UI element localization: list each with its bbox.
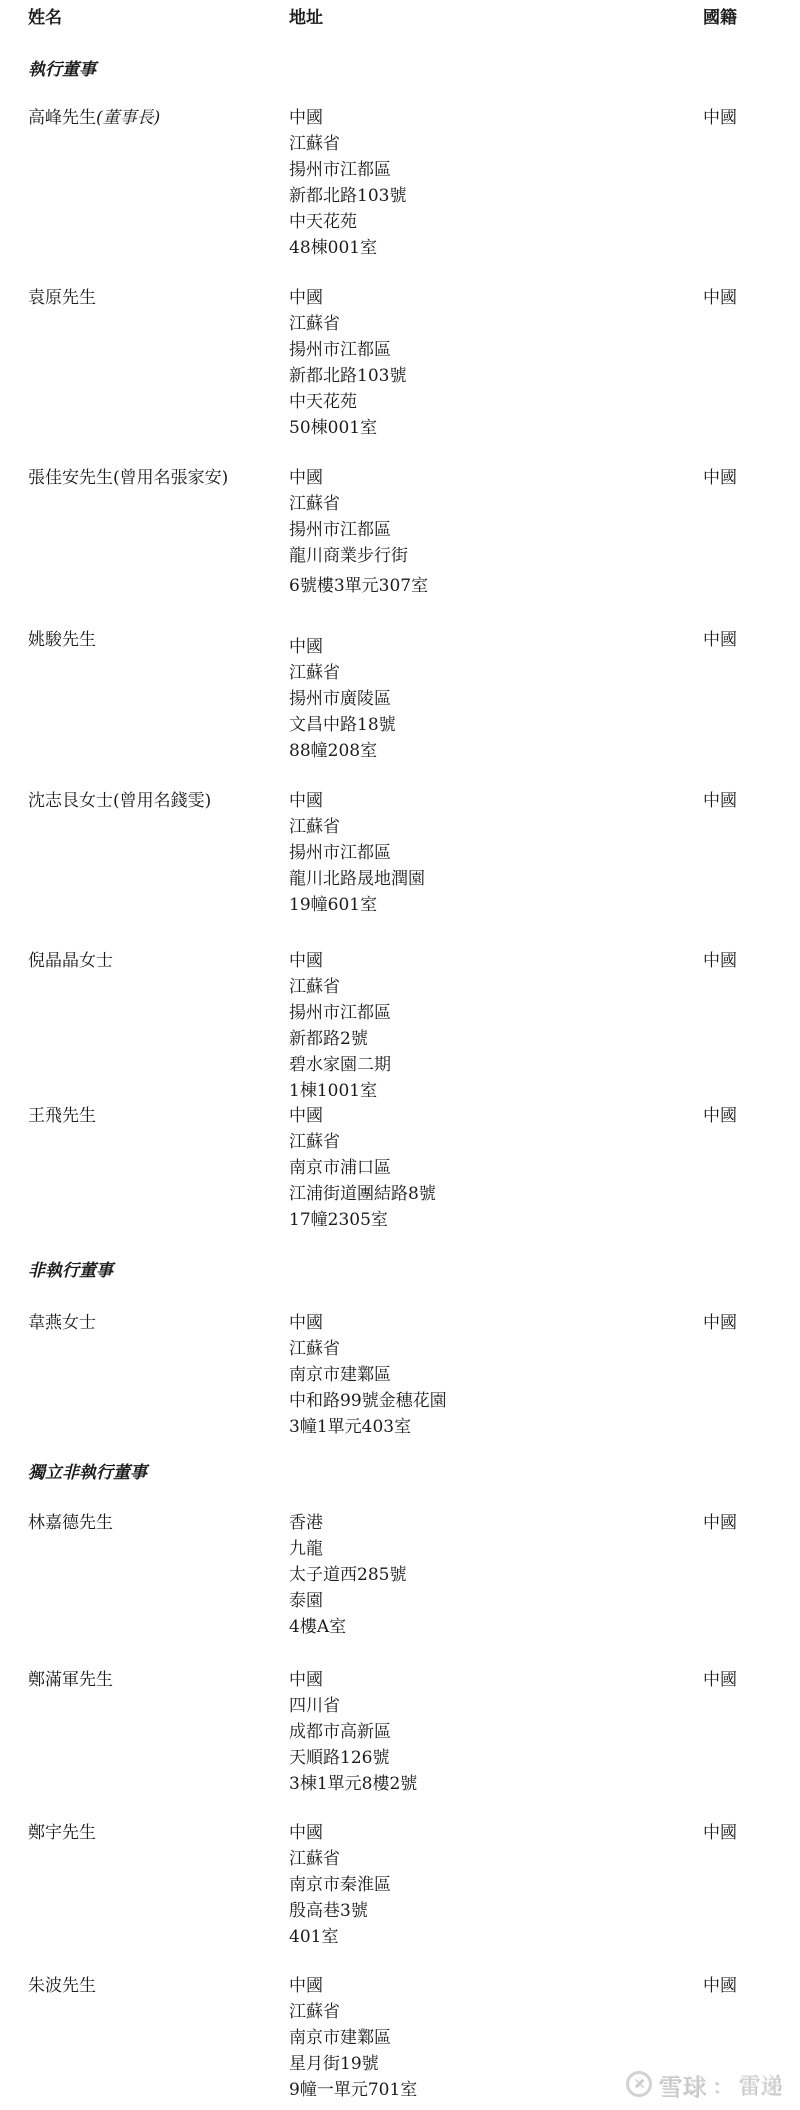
section-title-non-executive-directors: 非執行董事 [28, 1258, 113, 1284]
address-line: 碧水家園二期 [289, 1052, 391, 1078]
address-line: 南京市建鄴區 [289, 1362, 447, 1388]
watermark-brand: 雪球 [658, 2067, 706, 2102]
director-nationality: 中國 [703, 1667, 737, 1693]
director-role: (董事長) [96, 108, 160, 128]
address-line: 88幢208室 [289, 738, 396, 764]
address-line: 中國 [289, 1310, 447, 1336]
address-line: 48棟001室 [289, 235, 406, 261]
address-line: 揚州市江都區 [289, 337, 406, 363]
address-line: 江蘇省 [289, 1846, 391, 1872]
address-line: 江蘇省 [289, 1336, 447, 1362]
address-line: 泰園 [289, 1588, 406, 1614]
address-line: 19幢601室 [289, 892, 425, 918]
director-address: 中國 江蘇省 南京市浦口區 江浦街道團結路8號 17幢2305室 [289, 1103, 436, 1233]
address-line: 中國 [289, 1103, 436, 1129]
address-line: 龍川商業步行街 [289, 543, 428, 569]
address-line: 17幢2305室 [289, 1207, 436, 1233]
address-line: 龍川北路晟地潤園 [289, 866, 425, 892]
address-line: 9幢一單元701室 [289, 2077, 417, 2103]
address-line: 南京市浦口區 [289, 1155, 436, 1181]
address-line: 中國 [289, 465, 428, 491]
address-line: 4樓A室 [289, 1614, 406, 1640]
address-line: 四川省 [289, 1693, 417, 1719]
director-address: 中國 江蘇省 揚州市江都區 龍川北路晟地潤園 19幢601室 [289, 788, 425, 918]
address-line: 江蘇省 [289, 814, 425, 840]
column-header-name: 姓名 [28, 5, 62, 31]
address-line: 中天花苑 [289, 389, 406, 415]
address-line: 中國 [289, 1973, 417, 1999]
director-name: 鄭宇先生 [28, 1820, 96, 1846]
director-nationality: 中國 [703, 948, 737, 974]
director-nationality: 中國 [703, 1310, 737, 1336]
watermark-separator: ： [712, 2070, 732, 2099]
director-nationality: 中國 [703, 627, 737, 653]
address-line: 文昌中路18號 [289, 712, 396, 738]
address-line: 揚州市江都區 [289, 157, 406, 183]
address-line: 江蘇省 [289, 131, 406, 157]
director-name: 朱波先生 [28, 1973, 96, 1999]
director-nationality: 中國 [703, 1820, 737, 1846]
address-line: 中國 [289, 634, 396, 660]
director-address: 中國 江蘇省 南京市建鄴區 星月街19號 9幢一單元701室 [289, 1973, 417, 2103]
director-name: 韋燕女士 [28, 1310, 96, 1336]
address-line: 江蘇省 [289, 660, 396, 686]
director-name: 鄭滿軍先生 [28, 1667, 113, 1693]
director-nationality: 中國 [703, 788, 737, 814]
address-line: 新都北路103號 [289, 183, 406, 209]
address-line: 揚州市江都區 [289, 517, 428, 543]
address-line: 中天花苑 [289, 209, 406, 235]
director-address: 中國 江蘇省 揚州市江都區 新都北路103號 中天花苑 50棟001室 [289, 285, 406, 441]
director-name: 王飛先生 [28, 1103, 96, 1129]
director-address: 中國 江蘇省 揚州市江都區 新都北路103號 中天花苑 48棟001室 [289, 105, 406, 261]
director-nationality: 中國 [703, 285, 737, 311]
address-line: 殷高巷3號 [289, 1898, 391, 1924]
address-line: 江浦街道團結路8號 [289, 1181, 436, 1207]
director-name: 張佳安先生(曾用名張家安) [28, 465, 228, 491]
director-name: 姚駿先生 [28, 627, 96, 653]
column-header-nationality: 國籍 [703, 5, 737, 31]
address-line: 中和路99號金穗花園 [289, 1388, 447, 1414]
director-name: 林嘉德先生 [28, 1510, 113, 1536]
director-name-text: 高峰先生 [28, 108, 96, 128]
address-line: 中國 [289, 1667, 417, 1693]
address-line: 中國 [289, 788, 425, 814]
watermark-author: 雷递 [738, 2069, 782, 2100]
director-address: 中國 江蘇省 揚州市江都區 龍川商業步行街 6號樓3單元307室 [289, 465, 428, 599]
director-address: 中國 江蘇省 揚州市廣陵區 文昌中路18號 88幢208室 [289, 634, 396, 764]
director-address: 中國 江蘇省 南京市秦淮區 殷高巷3號 401室 [289, 1820, 391, 1950]
director-nationality: 中國 [703, 105, 737, 131]
address-line: 中國 [289, 105, 406, 131]
address-line: 揚州市江都區 [289, 840, 425, 866]
address-line: 新都北路103號 [289, 363, 406, 389]
address-line: 50棟001室 [289, 415, 406, 441]
address-line: 江蘇省 [289, 1129, 436, 1155]
address-line: 中國 [289, 948, 391, 974]
address-line: 江蘇省 [289, 311, 406, 337]
director-name: 袁原先生 [28, 285, 96, 311]
address-line: 6號樓3單元307室 [289, 573, 428, 599]
director-name: 高峰先生(董事長) [28, 105, 160, 131]
address-line: 江蘇省 [289, 491, 428, 517]
address-line: 3幢1單元403室 [289, 1414, 447, 1440]
address-line: 江蘇省 [289, 1999, 417, 2025]
director-nationality: 中國 [703, 1510, 737, 1536]
address-line: 新都路2號 [289, 1026, 391, 1052]
address-line: 3棟1單元8樓2號 [289, 1771, 417, 1797]
address-line: 成都市高新區 [289, 1719, 417, 1745]
address-line: 揚州市廣陵區 [289, 686, 396, 712]
address-line: 401室 [289, 1924, 391, 1950]
director-nationality: 中國 [703, 465, 737, 491]
address-line: 太子道西285號 [289, 1562, 406, 1588]
director-name: 沈志艮女士(曾用名錢雯) [28, 788, 211, 814]
section-title-independent-non-executive-directors: 獨立非執行董事 [28, 1460, 147, 1486]
address-line: 中國 [289, 1820, 391, 1846]
address-line: 南京市建鄴區 [289, 2025, 417, 2051]
director-nationality: 中國 [703, 1103, 737, 1129]
column-header-address: 地址 [289, 5, 323, 31]
director-name: 倪晶晶女士 [28, 948, 113, 974]
address-line: 中國 [289, 285, 406, 311]
watermark: ✕ 雪球 ： 雷递 [626, 2068, 782, 2100]
snowball-logo-icon: ✕ [626, 2071, 652, 2097]
address-line: 香港 [289, 1510, 406, 1536]
director-address: 中國 四川省 成都市高新區 天順路126號 3棟1單元8樓2號 [289, 1667, 417, 1797]
address-line: 星月街19號 [289, 2051, 417, 2077]
director-address: 中國 江蘇省 揚州市江都區 新都路2號 碧水家園二期 1棟1001室 [289, 948, 391, 1104]
director-nationality: 中國 [703, 1973, 737, 1999]
address-line: 九龍 [289, 1536, 406, 1562]
address-line: 1棟1001室 [289, 1078, 391, 1104]
director-address: 香港 九龍 太子道西285號 泰園 4樓A室 [289, 1510, 406, 1640]
address-line: 揚州市江都區 [289, 1000, 391, 1026]
address-line: 南京市秦淮區 [289, 1872, 391, 1898]
section-title-executive-directors: 執行董事 [28, 57, 96, 83]
address-line: 天順路126號 [289, 1745, 417, 1771]
address-line: 江蘇省 [289, 974, 391, 1000]
director-address: 中國 江蘇省 南京市建鄴區 中和路99號金穗花園 3幢1單元403室 [289, 1310, 447, 1440]
